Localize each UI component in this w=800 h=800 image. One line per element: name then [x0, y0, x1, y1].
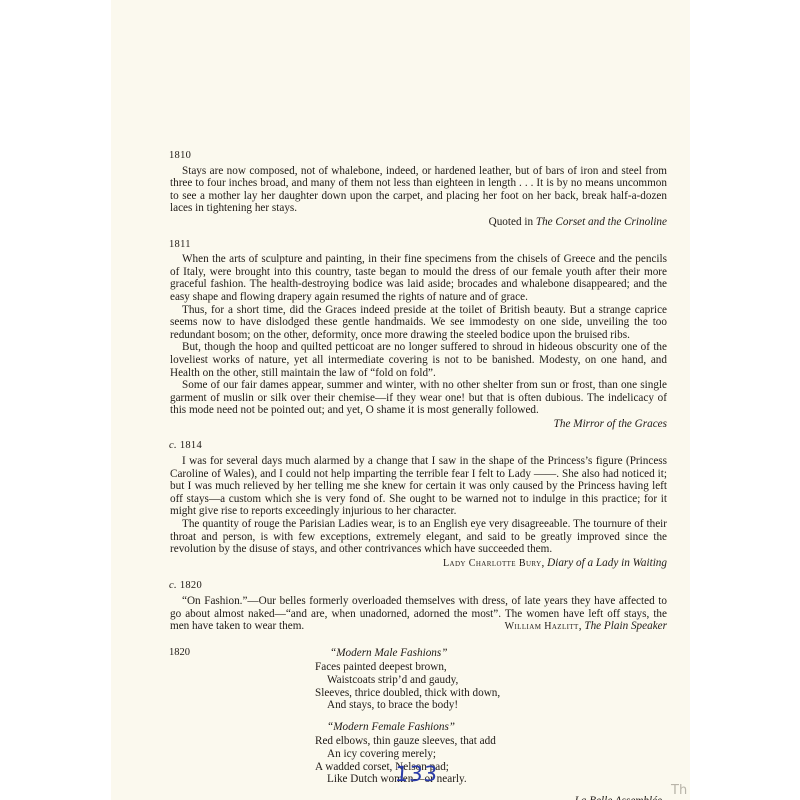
poem: Faces painted deepest brown, Waistcoats …	[315, 661, 667, 711]
entry-paragraph: The quantity of rouge the Parisian Ladie…	[170, 518, 667, 556]
entry-year: c. 1820	[169, 580, 667, 593]
entry-1811: 1811 When the arts of sculpture and pain…	[170, 239, 667, 431]
poem-line: Sleeves, thrice doubled, thick with down…	[315, 687, 667, 700]
entry-paragraph: When the arts of sculpture and painting,…	[170, 253, 667, 303]
year-value: 1820	[180, 580, 202, 591]
poem-line: Waistcoats strip’d and gaudy,	[315, 674, 667, 687]
source-prefix: Quoted in	[489, 216, 536, 228]
entry-paragraph: Thus, for a short time, did the Graces i…	[170, 304, 667, 342]
entry-paragraph: “On Fashion.”—Our belles formerly overlo…	[170, 595, 667, 633]
entry-year: 1810	[169, 150, 667, 163]
entry-paragraph: But, though the hoop and quilted pettico…	[170, 341, 667, 379]
poem-title: “Modern Female Fashions”	[327, 721, 667, 734]
entry-1810: 1810 Stays are now composed, not of whal…	[170, 150, 667, 229]
source-work: The Mirror of the Graces	[554, 418, 667, 430]
entry-paragraph: Stays are now composed, not of whalebone…	[170, 165, 667, 215]
source-author: William Hazlitt	[505, 621, 579, 632]
source-work: The Plain Speaker	[584, 620, 667, 632]
corner-pencil-mark: Th	[671, 783, 687, 798]
source-work: The Corset and the Crinoline	[536, 216, 667, 228]
poem-line: Red elbows, thin gauze sleeves, that add	[315, 735, 667, 748]
entry-source: The Mirror of the Graces	[170, 418, 667, 431]
poem-title: “Modern Male Fashions”	[330, 647, 667, 660]
entry-paragraph: I was for several days much alarmed by a…	[170, 455, 667, 518]
entry-year: c. 1814	[169, 440, 667, 453]
entry-1814: c. 1814 I was for several days much alar…	[170, 440, 667, 570]
circa-prefix: c.	[169, 440, 177, 451]
handwritten-page-number: 133	[394, 762, 439, 786]
poem: Red elbows, thin gauze sleeves, that add…	[315, 735, 667, 785]
poem-line: Faces painted deepest brown,	[315, 661, 667, 674]
entry-source: La Belle Assemblée	[170, 795, 662, 800]
entry-year: 1820	[169, 647, 190, 660]
year-value: 1814	[180, 440, 202, 451]
poem-line: And stays, to brace the body!	[315, 699, 667, 712]
entry-paragraph: Some of our fair dames appear, summer an…	[170, 379, 667, 417]
page-content: 1810 Stays are now composed, not of whal…	[170, 150, 667, 800]
poem-line: Like Dutch women—or nearly.	[315, 773, 667, 786]
entry-source: Quoted in The Corset and the Crinoline	[170, 216, 667, 229]
entry-c1820: c. 1820 “On Fashion.”—Our belles formerl…	[170, 580, 667, 632]
poem-line: A wadded corset, Nelson pad;	[315, 761, 667, 774]
poem-line: An icy covering merely;	[315, 748, 667, 761]
circa-prefix: c.	[169, 580, 177, 591]
entry-year: 1811	[169, 239, 667, 252]
entry-source: Lady Charlotte Bury, Diary of a Lady in …	[170, 557, 667, 571]
source-author: Lady Charlotte Bury	[443, 558, 542, 569]
entry-source: William Hazlitt, The Plain Speaker	[493, 620, 667, 634]
source-work: Diary of a Lady in Waiting	[547, 557, 667, 569]
